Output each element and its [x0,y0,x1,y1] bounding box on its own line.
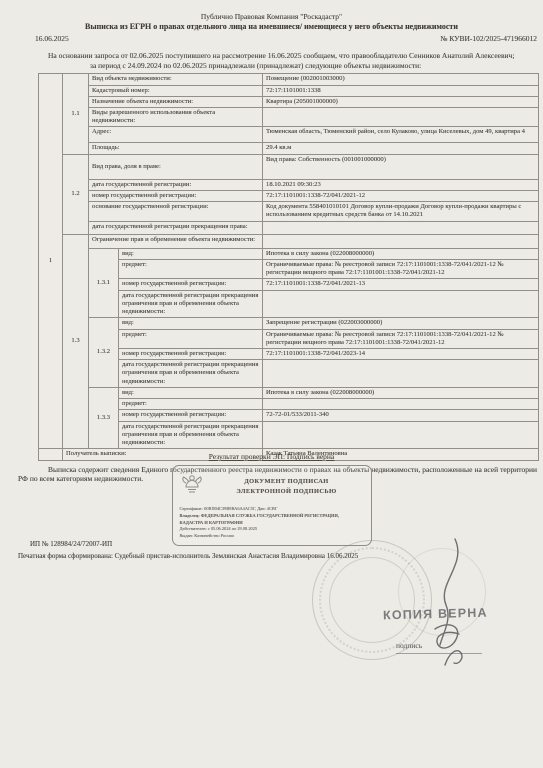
label-cell: Адрес: [89,127,263,143]
value-cell: 72:17:1101001:1338 [263,85,539,96]
label-cell: вид: [119,387,263,398]
label-cell: вид: [119,318,263,329]
signature-verification-block: Результат проверки ЭП: Подпись верна [172,452,372,546]
value-cell [263,234,539,248]
stamp-title-line2: ЭЛЕКТРОННОЙ ПОДПИСЬЮ [236,488,336,495]
document-meta: 16.06.2025 № КУВИ-102/2025-471966012 [0,34,543,44]
value-cell [263,399,539,410]
label-cell: дата государственной регистрации прекращ… [119,290,263,318]
label-cell: дата государственной регистрации прекращ… [119,360,263,388]
label-cell: номер государственной регистрации: [119,348,263,359]
value-cell: 72-72-01/533/2011-340 [263,410,539,421]
label-cell: Вид права, доля в праве: [89,154,263,179]
section-number-cell: 1.3 [63,234,89,449]
value-cell [263,360,539,388]
section-number-cell: 1.1 [63,74,89,154]
generated-by-line: Печатная форма сформирована: Судебный пр… [18,552,358,560]
property-table: 1 1.1 Вид объекта недвижимости: Помещени… [38,73,539,461]
label-cell: дата государственной регистрации прекращ… [119,421,263,449]
certificate-line: Сертификат: 00ВП04С39В8ВА6А4АС5Г, Дан: 4… [180,506,364,513]
value-cell: Квартира (205001000000) [263,96,539,107]
value-cell: Запрещение регистрации (022003000000) [263,318,539,329]
label-cell: Кадастровый номер: [89,85,263,96]
value-cell: Тюменская область, Тюменский район, село… [263,127,539,143]
label-cell: предмет: [119,329,263,348]
label-cell: номер государственной регистрации: [119,279,263,290]
value-cell: 29.4 кв.м [263,143,539,154]
value-cell: Ограничиваемые права: № реестровой запис… [263,259,539,278]
document-title: Выписка из ЕГРН о правах отдельного лица… [0,22,543,31]
section-number-cell: 1.2 [63,154,89,234]
label-cell: предмет: [119,399,263,410]
label-cell: дата государственной регистрации прекращ… [89,221,263,234]
value-cell: 18.10.2021 09:30:23 [263,179,539,190]
label-cell: дата государственной регистрации: [89,179,263,190]
value-cell: Помещение (002001003000) [263,74,539,85]
handwritten-signature [415,533,485,673]
restrictions-header-cell: Ограничение прав и обременение объекта н… [89,234,263,248]
stamp-title: ДОКУМЕНТ ПОДПИСАН ЭЛЕКТРОННОЙ ПОДПИСЬЮ [210,477,364,496]
label-cell: Площадь: [89,143,263,154]
verification-result: Результат проверки ЭП: Подпись верна [172,452,372,461]
enforcement-case-number: ИП № 128984/24/72007-ИП [30,540,112,548]
label-cell: вид: [119,248,263,259]
digital-signature-stamp: ДОКУМЕНТ ПОДПИСАН ЭЛЕКТРОННОЙ ПОДПИСЬЮ С… [172,465,372,546]
stamp-title-line1: ДОКУМЕНТ ПОДПИСАН [244,478,328,485]
value-cell: 72:17:1101001:1338-72/041/2023-14 [263,348,539,359]
subsection-number-cell: 1.3.3 [89,387,119,448]
empty-cell [39,449,63,461]
label-cell: номер государственной регистрации: [89,190,263,201]
owner-line: Владелец: ФЕДЕРАЛЬНАЯ СЛУЖБА ГОСУДАРСТВЕ… [180,513,364,527]
document-number: № КУВИ-102/2025-471966012 [440,34,537,43]
value-cell: Ограничиваемые права: № реестровой запис… [263,329,539,348]
subsection-number-cell: 1.3.2 [89,318,119,388]
value-cell: Ипотека в силу закона (022008000000) [263,248,539,259]
value-cell: 72:17:1101001:1338-72/041/2021-12 [263,190,539,201]
issuing-organization: Публично Правовая Компания "Роскадастр" [0,0,543,21]
label-cell: Назначение объекта недвижимости: [89,96,263,107]
document-date: 16.06.2025 [35,34,69,43]
value-cell: 72:17:1101001:1338-72/041/2021-13 [263,279,539,290]
value-cell: Код документа 558401010101 Договор купли… [263,202,539,221]
subsection-number-cell: 1.3.1 [89,248,119,318]
value-cell [263,221,539,234]
value-cell: Вид права: Собственность (001001000000) [263,154,539,179]
label-cell: номер государственной регистрации: [119,410,263,421]
period-line: за период с 24.09.2024 по 02.06.2025 при… [90,61,537,70]
issuer-line: Выдан: Казначейство России [180,533,364,540]
value-cell [263,290,539,318]
document-page: Публично Правовая Компания "Роскадастр" … [0,0,543,768]
item-number-cell: 1 [39,74,63,449]
value-cell [263,108,539,127]
coat-of-arms-icon [180,471,204,502]
value-cell: Ипотека в силу закона (022008000000) [263,387,539,398]
validity-line: Действителен: с 05.06.2024 по 29.08.2025 [180,526,364,533]
value-cell [263,421,539,449]
intro-paragraph: На основании запроса от 02.06.2025 посту… [18,51,537,60]
label-cell: Вид объекта недвижимости: [89,74,263,85]
label-cell: предмет: [119,259,263,278]
label-cell: Виды разрешенного использования объекта … [89,108,263,127]
stamp-details: Сертификат: 00ВП04С39В8ВА6А4АС5Г, Дан: 4… [180,506,364,540]
label-cell: основание государственной регистрации: [89,202,263,221]
